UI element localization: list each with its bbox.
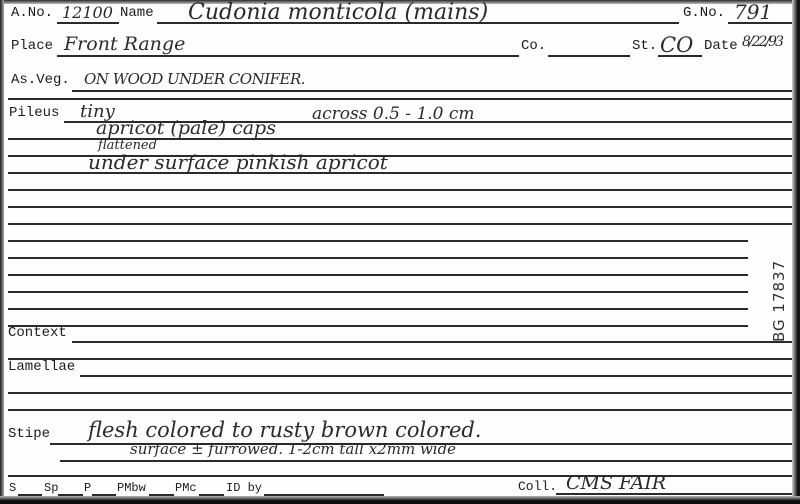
- pmc-label: PMc: [175, 480, 197, 496]
- accession-no-label: A.No.: [11, 5, 53, 21]
- state-label: St.: [632, 38, 657, 54]
- margin-catalog-number: BG 17837: [770, 260, 788, 342]
- pmc-line[interactable]: [199, 494, 224, 496]
- pileus-label: Pileus: [9, 105, 59, 121]
- ruled-line: [8, 274, 748, 276]
- ruled-line: [8, 308, 748, 310]
- county-label: Co.: [521, 38, 546, 54]
- stipe-label: Stipe: [8, 426, 50, 442]
- ruled-line: [8, 392, 792, 394]
- date-label: Date: [704, 38, 738, 54]
- ruled-line: [8, 189, 792, 191]
- context-line: [72, 341, 792, 343]
- ruled-line: [8, 155, 792, 157]
- context-label: Context: [8, 325, 67, 341]
- ruled-line: [8, 257, 748, 259]
- g-no-value[interactable]: 791: [734, 0, 772, 24]
- card-left-edge: [0, 0, 4, 504]
- place-line: [57, 55, 519, 57]
- sp-line[interactable]: [58, 494, 83, 496]
- collector-label: Coll.: [518, 479, 557, 495]
- ruled-line: [8, 475, 792, 477]
- stipe-line-1[interactable]: flesh colored to rusty brown colored.: [88, 418, 481, 442]
- ruled-line: [8, 409, 792, 411]
- place-label: Place: [11, 38, 53, 54]
- ruled-line: [8, 98, 792, 100]
- place-value[interactable]: Front Range: [64, 33, 185, 55]
- p-line[interactable]: [92, 494, 116, 496]
- state-value[interactable]: CO: [660, 33, 693, 57]
- pileus-line-4[interactable]: under surface pinkish apricot: [88, 150, 388, 174]
- stipe-line-2[interactable]: surface ± furrowed. 1-2cm tall x2mm wide: [130, 440, 456, 458]
- p-label: P: [84, 480, 91, 496]
- ruled-line: [64, 121, 792, 123]
- county-line: [548, 55, 630, 57]
- ruled-line: [8, 291, 748, 293]
- ruled-line: [8, 240, 748, 242]
- ruled-line: [8, 223, 792, 225]
- date-value[interactable]: 8/22/93: [742, 34, 782, 50]
- associated-vegetation-label: As.Veg.: [11, 72, 70, 88]
- accession-no-line: [57, 22, 119, 24]
- associated-vegetation-value[interactable]: ON WOOD UNDER CONIFER.: [84, 70, 305, 88]
- id-by-label: ID by: [226, 480, 262, 496]
- ruled-line: [60, 460, 792, 462]
- associated-vegetation-line: [72, 90, 792, 92]
- ruled-line: [8, 172, 792, 174]
- lamellae-label: Lamellae: [8, 359, 75, 375]
- lamellae-line: [80, 375, 792, 377]
- card-right-edge: [792, 0, 800, 504]
- ruled-line: [8, 138, 792, 140]
- card-bottom-edge: [0, 496, 800, 504]
- pmbw-line[interactable]: [149, 494, 174, 496]
- pmbw-label: PMbw: [117, 480, 146, 496]
- ruled-line: [8, 325, 748, 327]
- name-value[interactable]: Cudonia monticola (mains): [188, 0, 488, 25]
- g-no-label: G.No.: [683, 5, 725, 21]
- herbarium-record-card: A.No. 12100 Name Cudonia monticola (main…: [0, 0, 800, 504]
- accession-no-value[interactable]: 12100: [62, 3, 113, 22]
- name-label: Name: [120, 5, 154, 21]
- id-by-line[interactable]: [264, 494, 384, 496]
- ruled-line: [8, 206, 792, 208]
- s-line[interactable]: [18, 494, 42, 496]
- ruled-line: [8, 358, 792, 360]
- collector-value[interactable]: CMS FAIR: [566, 472, 666, 494]
- s-label: S: [9, 480, 16, 496]
- sp-label: Sp: [44, 480, 58, 496]
